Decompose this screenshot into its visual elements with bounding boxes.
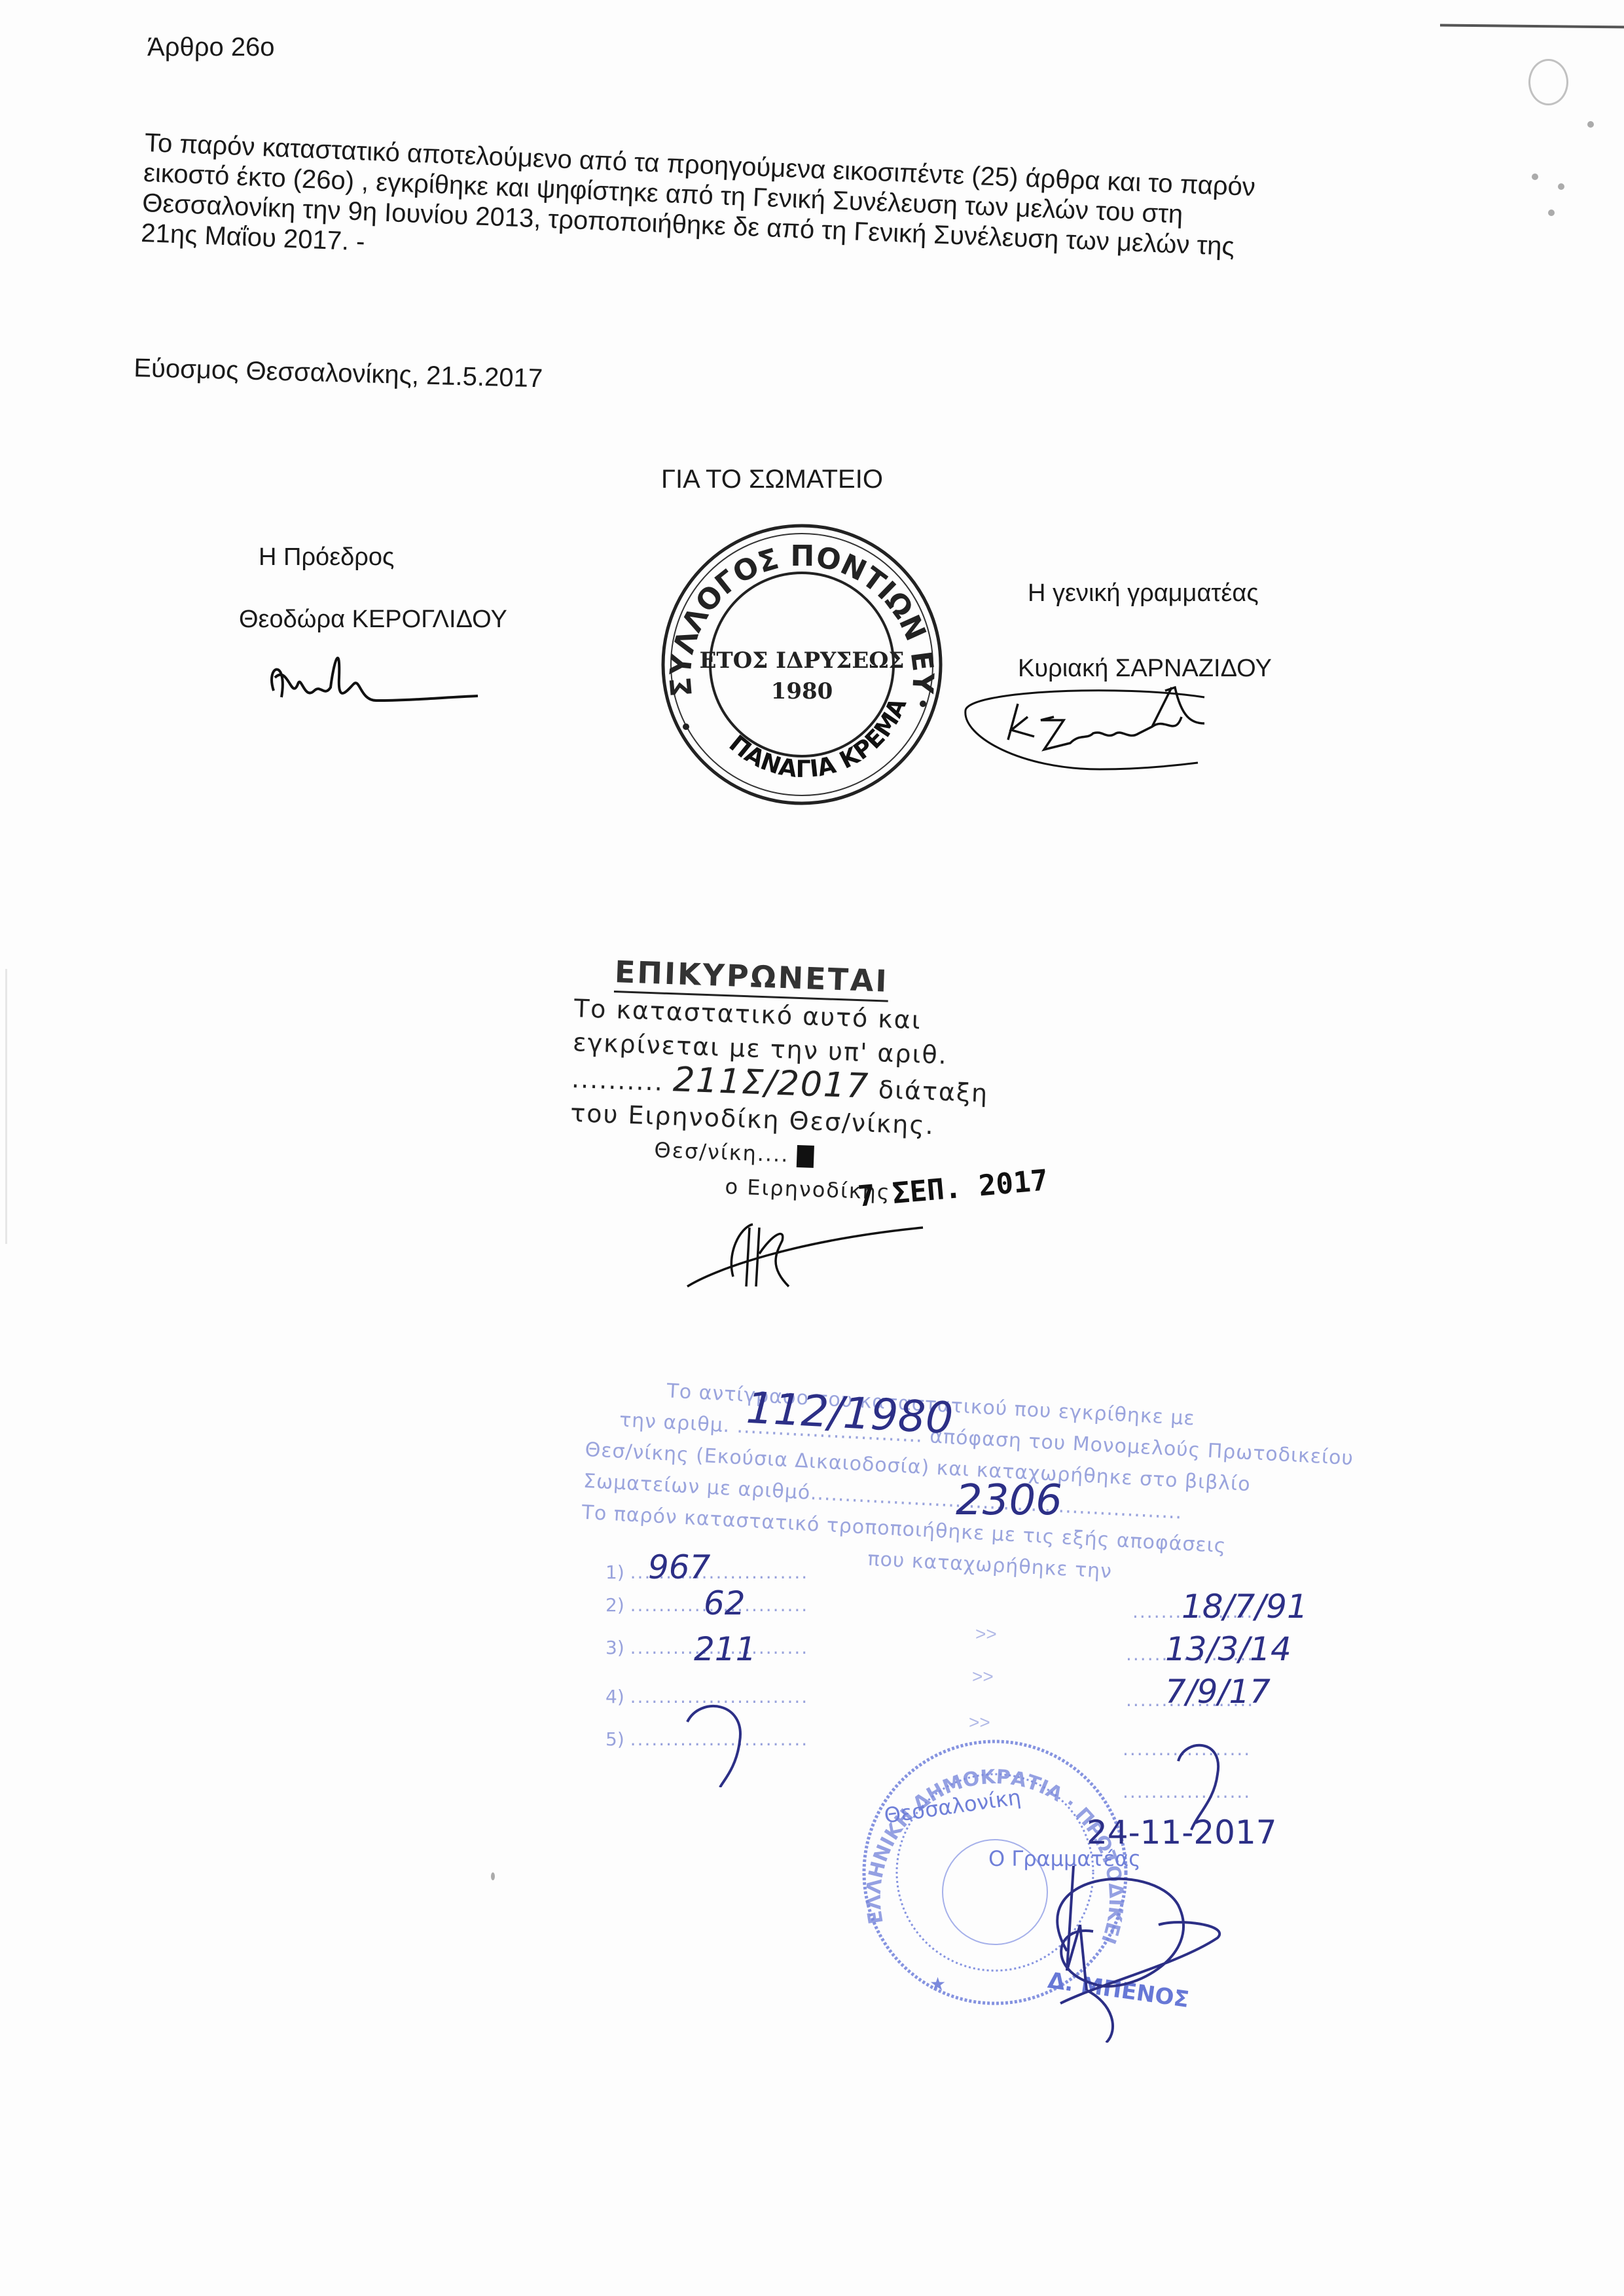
amendment-index: 1): [605, 1561, 624, 1583]
scanned-document-page: Άρθρο 26ο Το παρόν καταστατικό αποτελούμ…: [0, 0, 1624, 2296]
svg-text:★: ★: [929, 1974, 946, 1994]
amendment-date: 7/9/17: [1165, 1673, 1271, 1711]
amendment-decision: 62: [704, 1584, 746, 1622]
dotted-fill: ..........: [571, 1065, 664, 1097]
paper-speck: [491, 1872, 495, 1880]
amendment-date: 13/3/14: [1165, 1630, 1291, 1668]
paper-speck: [1548, 210, 1555, 216]
amendment-index: 5): [605, 1728, 624, 1750]
validation-line-suffix: διάταξη: [878, 1075, 989, 1108]
association-seal: ΣΥΛΛΟΓΟΣ ΠΟΝΤΙΩΝ ΕΥΟΣΜΟΥ ΠΑΝΑΓΙΑ ΚΡΕΜΑΣΤ…: [648, 507, 956, 815]
ditto-mark: >>: [975, 1624, 997, 1645]
secretary-role: Η γενική γραμματέας: [1028, 579, 1259, 608]
handwritten-decision: 112/1980: [745, 1383, 954, 1444]
validation-place: Θεσ/νίκη....: [654, 1137, 789, 1167]
judge-signature: [661, 1214, 936, 1293]
place-and-date: Εύοσμος Θεσσαλονίκης, 21.5.2017: [134, 354, 543, 393]
seal-center-line1: ΕΤΟΣ ΙΔΡΥΣΕΩΣ: [699, 647, 904, 674]
seal-center-line2: 1980: [771, 678, 833, 704]
secretary-signature: [956, 678, 1250, 782]
handwritten-decision-number: 211Σ/2017: [672, 1060, 870, 1106]
ditto-mark: >>: [972, 1666, 994, 1687]
scan-edge-line-left: [5, 969, 7, 1244]
paper-speck: [1532, 173, 1538, 180]
paper-speck: [1587, 121, 1594, 128]
president-name: Θεοδώρα ΚΕΡΟΓΛΙΔΟΥ: [239, 606, 507, 634]
amendment-decision: 211: [694, 1630, 756, 1668]
redacted-block: [797, 1145, 814, 1168]
article-body: Το παρόν καταστατικό αποτελούμενο από τα…: [141, 128, 1256, 293]
amendment-index: 3): [605, 1637, 624, 1658]
amendment-decision: 967: [648, 1548, 710, 1586]
president-role: Η Πρόεδρος: [259, 543, 394, 572]
amendment-index: 4): [605, 1686, 624, 1707]
handwritten-registry-number: 2306: [956, 1476, 1062, 1525]
article-title: Άρθρο 26ο: [147, 33, 275, 62]
scan-edge-line: [1440, 24, 1624, 28]
amendment-index: 2): [605, 1594, 624, 1616]
for-union-heading: ΓΙΑ ΤΟ ΣΩΜΑΤΕΙΟ: [661, 465, 883, 494]
closing-bracket-mark: [681, 1696, 759, 1787]
president-signature: [262, 638, 484, 723]
paper-hole-mark: [1528, 59, 1568, 105]
paper-speck: [1558, 183, 1564, 190]
amendment-date: 18/7/91: [1182, 1588, 1308, 1626]
court-secretary-signature: [982, 1833, 1257, 2043]
